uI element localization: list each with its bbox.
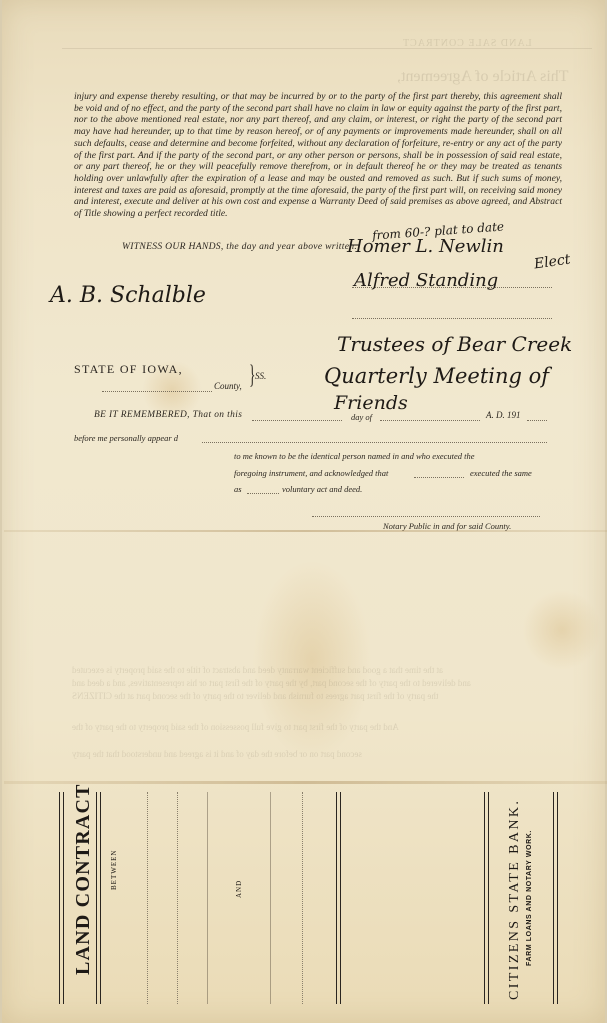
county-blank — [102, 391, 212, 392]
witness-line: WITNESS OUR HANDS, the day and year abov… — [122, 241, 357, 252]
ad-year-label: A. D. 191 — [486, 410, 521, 420]
signature-line — [352, 318, 552, 319]
bleed-rule — [62, 48, 592, 49]
between-label: BETWEEN — [110, 850, 118, 890]
and-label: AND — [235, 880, 243, 898]
county-label: County, — [214, 381, 242, 391]
ack-line-3a: as — [234, 484, 242, 494]
month-blank — [380, 420, 480, 421]
bleed-through-text: and delivered to the party of the second… — [72, 678, 471, 688]
document-paper: LAND SALE CONTRACT This Article of Agree… — [2, 0, 605, 1023]
fold-crease — [4, 530, 607, 532]
signature-line — [352, 287, 552, 288]
double-rule — [96, 792, 97, 1004]
date-blank — [252, 420, 342, 421]
bleed-through-title: This Article of Agreement, — [397, 68, 569, 86]
ack-line-1: to me known to be the identical person n… — [234, 451, 475, 461]
bank-services: FARM LOANS AND NOTARY WORK. — [526, 830, 533, 966]
signature-newlin: Homer L. Newlin — [347, 236, 504, 257]
double-rule — [100, 792, 101, 1004]
name-blank-line — [302, 792, 303, 1004]
signature-schalble: A. B. Schalble — [50, 283, 206, 308]
appeared-blank — [202, 442, 547, 443]
bleed-through-text: at the time that a good and sufficient w… — [72, 665, 443, 675]
ack-line-3b: voluntary act and deed. — [282, 484, 362, 494]
year-blank — [527, 420, 547, 421]
name-blank-line — [177, 792, 178, 1004]
ack-line-2b: executed the same — [470, 468, 532, 478]
contract-body-paragraph: injury and expense thereby resulting, or… — [74, 91, 562, 220]
double-rule — [59, 792, 60, 1004]
ack-blank — [247, 493, 279, 494]
state-of-iowa-heading: STATE OF IOWA, — [74, 362, 183, 377]
ss-label: SS. — [255, 371, 266, 381]
water-stain — [522, 590, 602, 670]
bleed-through-text: second part on or before the day of and … — [72, 749, 362, 759]
handwritten-trustees-line-1: Trustees of Bear Creek — [337, 332, 572, 356]
double-rule — [484, 792, 485, 1004]
handwritten-trustees-line-3: Friends — [334, 392, 408, 414]
double-rule — [336, 792, 337, 1004]
double-rule — [553, 792, 554, 1004]
double-rule — [557, 792, 558, 1004]
bleed-through-text: And the party of the first part to give … — [72, 722, 399, 732]
signature-suffix: Elect — [533, 252, 571, 273]
double-rule — [488, 792, 489, 1004]
name-blank-line — [147, 792, 148, 1004]
appeared-label: before me personally appear d — [74, 433, 178, 443]
day-of-label: day of — [351, 412, 372, 422]
ack-line-2a: foregoing instrument, and acknowledged t… — [234, 468, 388, 478]
divider-line — [270, 792, 271, 1004]
be-it-remembered: BE IT REMEMBERED, That on this — [94, 410, 242, 420]
ack-blank — [414, 477, 464, 478]
land-contract-title: LAND CONTRACT — [72, 783, 95, 975]
notary-signature-line — [312, 516, 540, 517]
divider-line — [207, 792, 208, 1004]
double-rule — [63, 792, 64, 1004]
double-rule — [340, 792, 341, 1004]
bank-name: CITIZENS STATE BANK. — [507, 799, 523, 1000]
bleed-through-text: the party of the first part agrees to fu… — [72, 691, 438, 701]
handwritten-trustees-line-2: Quarterly Meeting of — [324, 364, 549, 388]
